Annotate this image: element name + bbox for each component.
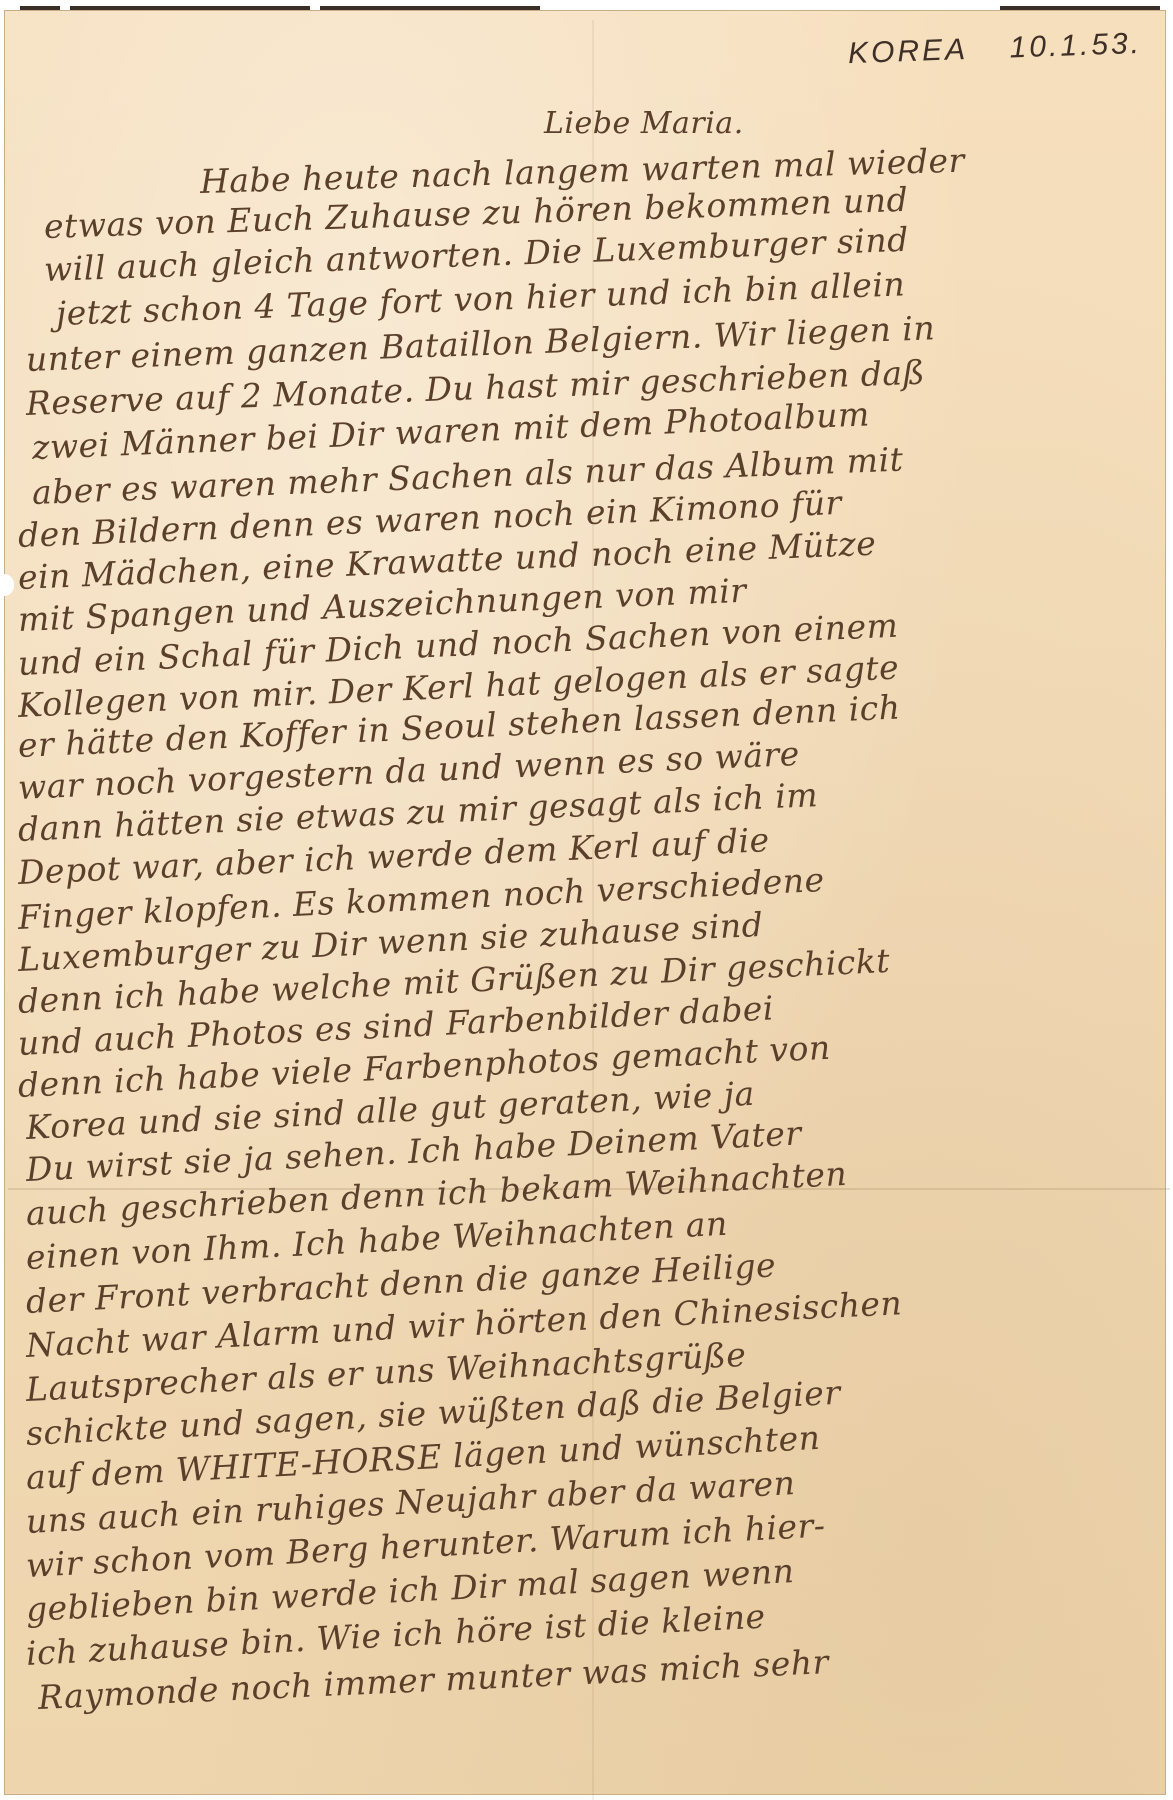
place-name: KOREA	[847, 33, 967, 70]
photo-top-background	[0, 0, 1173, 10]
letter-paper: KOREA 10.1.53. Liebe Maria. Habe heute n…	[4, 10, 1166, 1795]
letter-header: KOREA 10.1.53.	[847, 27, 1142, 71]
greeting: Liebe Maria.	[544, 106, 744, 141]
letter-date: 10.1.53.	[1009, 27, 1143, 65]
